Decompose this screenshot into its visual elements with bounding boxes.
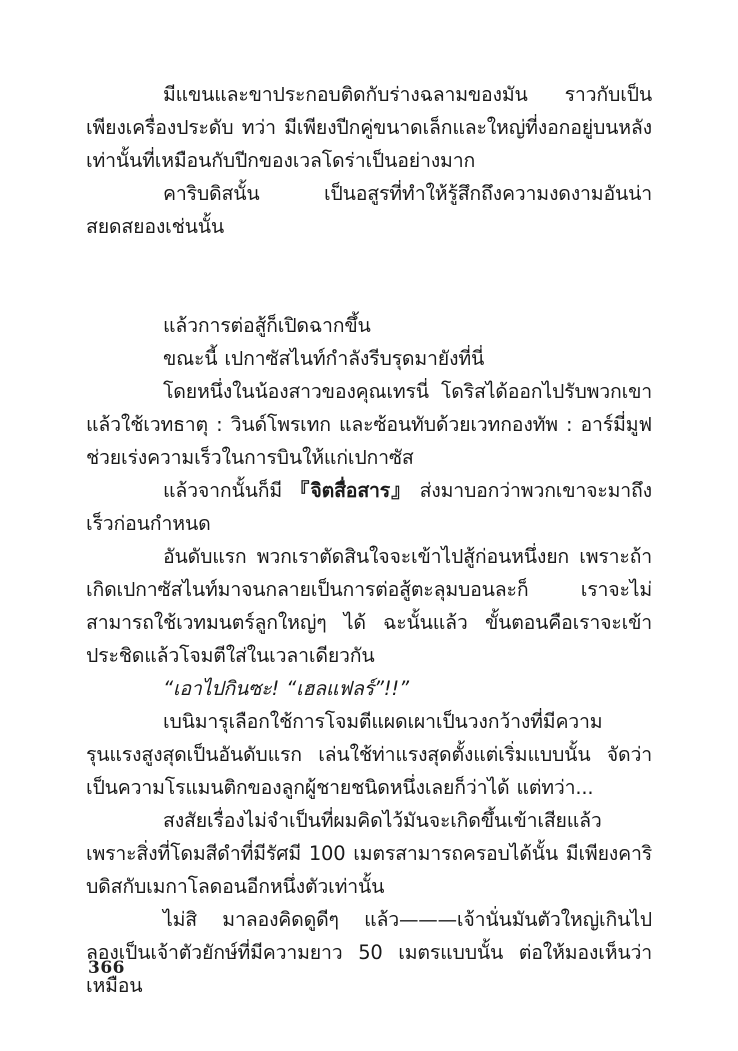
paragraph-3: แล้วการต่อสู้ก็เปิดฉากขึ้น [86,309,652,342]
dialogue-line: “เอาไปกินซะ! “เฮลแฟลร์”!!” [86,672,652,705]
paragraph-4: ขณะนี้ เปกาซัสไนท์กำลังรีบรุดมายังที่นี่ [86,342,652,375]
paragraph-8: เบนิมารุเลือกใช้การโจมตีแผดเผาเป็นวงกว้า… [86,705,652,804]
section-break [86,243,652,276]
paragraph-2: คาริบดิสนั้น เป็นอสูรที่ทำให้รู้สึกถึงคว… [86,177,652,243]
paragraph-6: แล้วจากนั้นก็มี 『จิตสื่อสาร』 ส่งมาบอกว่า… [86,474,652,540]
paragraph-7: อันดับแรก พวกเราตัดสินใจจะเข้าไปสู้ก่อนห… [86,540,652,672]
paragraph-6-lead: แล้วจากนั้นก็มี [163,479,290,502]
section-break-2 [86,276,652,309]
paragraph-5: โดยหนึ่งในน้องสาวของคุณเทรนี่ โดริสได้ออ… [86,375,652,474]
paragraph-9: สงสัยเรื่องไม่จำเป็นที่ผมคิดไว้มันจะเกิด… [86,804,652,903]
page-number: 366 [88,958,125,978]
paragraph-1: มีแขนและขาประกอบติดกับร่างฉลามของมัน ราว… [86,78,652,177]
telepathy-term: 『จิตสื่อสาร』 [290,479,411,502]
paragraph-10: ไม่สิ มาลองคิดดูดีๆ แล้ว———เจ้านั่นมันตั… [86,903,652,1002]
document-page-body: มีแขนและขาประกอบติดกับร่างฉลามของมัน ราว… [86,78,652,1002]
